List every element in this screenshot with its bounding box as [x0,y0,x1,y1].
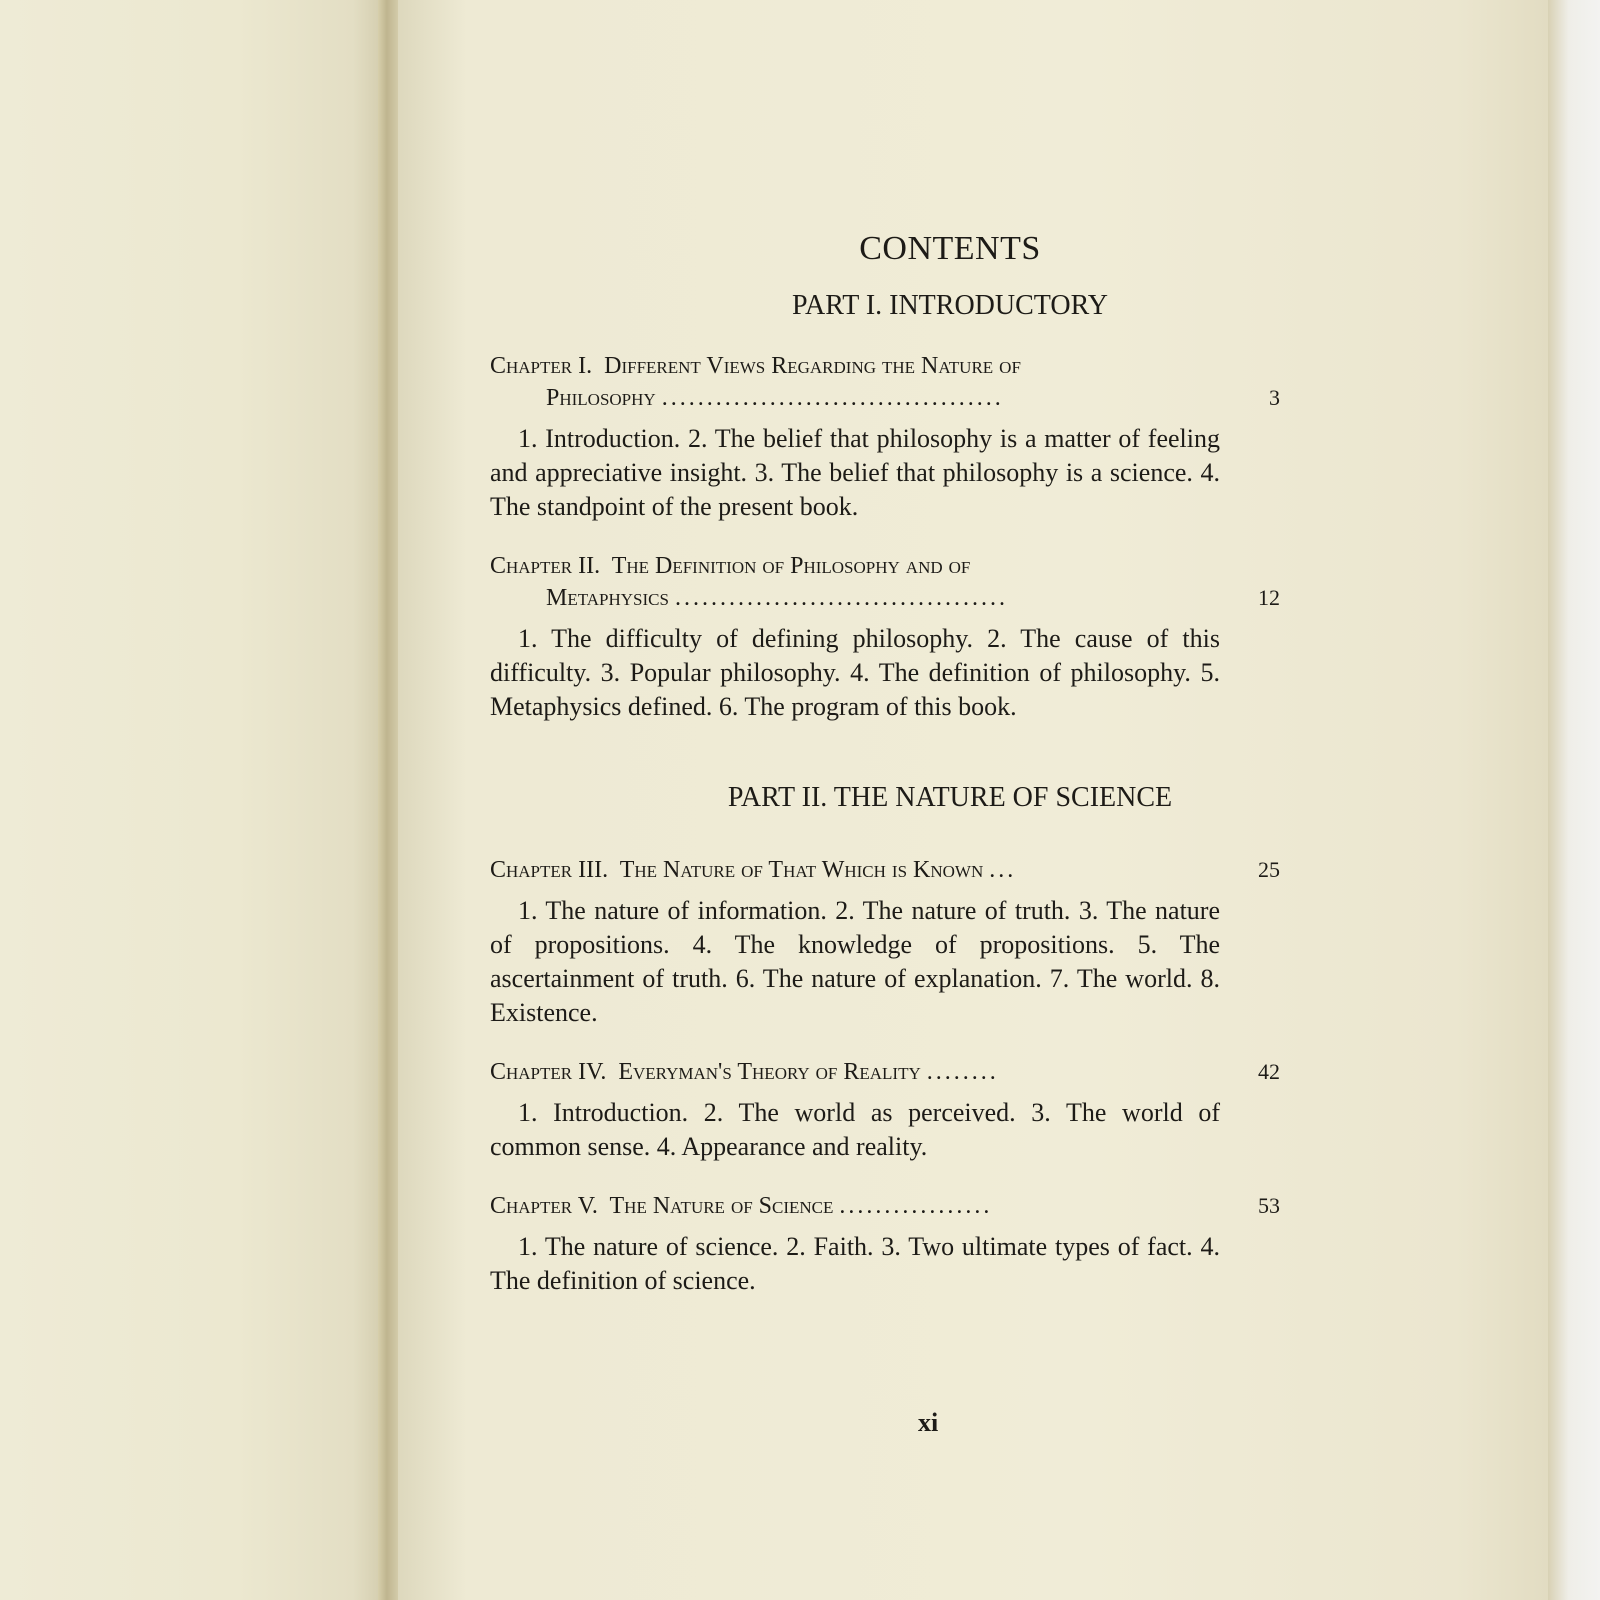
chapter-title: The Definition of Philosophy and of [612,553,971,579]
part-heading: PART II. THE NATURE OF SCIENCE [490,782,1350,814]
dot-leader: ...................................... [662,385,1004,411]
chapter-title: Everyman's Theory of Reality [618,1059,920,1085]
dot-leader: ..................................... [675,585,1008,611]
chapter-summary: 1. Introduction. 2. The world as perceiv… [490,1096,1280,1164]
part-heading: PART I. INTRODUCTORY [490,290,1350,322]
dot-leader: ................. [839,1193,992,1219]
chapter-entry: Chapter V. The Nature of Science .......… [490,1190,1280,1298]
chapter-heading: Chapter III. The Nature of That Which is… [490,854,1280,886]
chapter-label: Chapter I. [490,353,592,379]
chapter-summary: 1. Introduction. 2. The belief that phil… [490,422,1280,524]
page-title: CONTENTS [490,230,1350,268]
chapter-heading: Chapter IV. Everyman's Theory of Reality… [490,1056,1280,1088]
page-edge [1548,0,1600,1600]
chapter-summary: 1. The nature of information. 2. The nat… [490,894,1280,1030]
page-number: 53 [1258,1190,1280,1222]
chapter-entry: Chapter II. The Definition of Philosophy… [490,550,1280,724]
page-folio: xi [918,1408,938,1438]
chapter-heading: Chapter I. Different Views Regarding the… [490,350,1280,414]
chapter-label: Chapter V. [490,1193,598,1219]
chapter-entry: Chapter IV. Everyman's Theory of Reality… [490,1056,1280,1164]
chapter-label: Chapter IV. [490,1059,606,1085]
chapter-label: Chapter II. [490,553,600,579]
chapter-title: The Nature of That Which is Known [620,857,984,883]
page-number: 12 [1258,582,1280,614]
chapter-title: The Nature of Science [610,1193,834,1219]
dot-leader: ... [989,857,1016,883]
chapter-entry: Chapter III. The Nature of That Which is… [490,854,1280,1030]
chapter-title-cont: Metaphysics [546,585,669,611]
book-gutter [378,0,400,1600]
chapter-title-cont: Philosophy [546,385,656,411]
chapter-label: Chapter III. [490,857,608,883]
page-number: 42 [1258,1056,1280,1088]
dot-leader: ........ [927,1059,999,1085]
table-of-contents: CONTENTS PART I. INTRODUCTORY Chapter I.… [490,230,1350,1324]
page-number: 25 [1258,854,1280,886]
chapter-heading: Chapter V. The Nature of Science .......… [490,1190,1280,1222]
chapter-summary: 1. The difficulty of defining philosophy… [490,622,1280,724]
page-number: 3 [1269,382,1280,414]
left-page [0,0,392,1600]
chapter-entry: Chapter I. Different Views Regarding the… [490,350,1280,524]
chapter-heading: Chapter II. The Definition of Philosophy… [490,550,1280,614]
chapter-title: Different Views Regarding the Nature of [604,353,1021,379]
chapter-summary: 1. The nature of science. 2. Faith. 3. T… [490,1230,1280,1298]
